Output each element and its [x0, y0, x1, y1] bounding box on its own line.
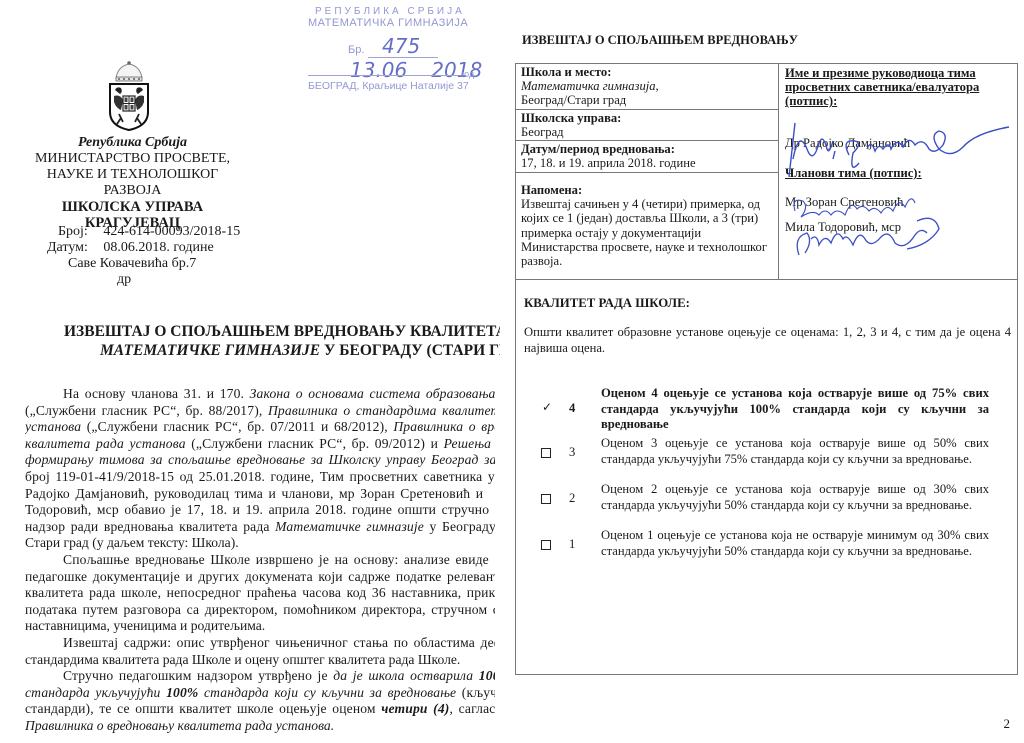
date-label: Датум: [47, 240, 88, 256]
grade-number: 1 [569, 537, 575, 552]
period-value: 17, 18. и 19. априла 2018. године [521, 156, 773, 170]
grade-number: 2 [569, 491, 575, 506]
document-title: ИЗВЕШТАЈ О СПОЉАШЊЕМ ВРЕДНОВАЊУ КВАЛИТЕТ… [64, 322, 500, 360]
body-line: квалитета рада установа („Службени гласн… [25, 436, 495, 453]
stamp-number-label: Бр. [348, 44, 364, 56]
body-line: Спољашње вредновање Школе извршено је на… [25, 552, 495, 569]
body-line: На основу чланова 31. и 170. Закона о ос… [25, 386, 495, 403]
quality-intro: Општи квалитет образовне установе оцењуј… [524, 324, 1011, 356]
member-2-name: Мила Тодоровић, мср [785, 220, 901, 234]
body-line: стандарди), те се општи квалитет школе о… [25, 701, 495, 718]
body-line: наставницима, ученицима и родитељима. [25, 618, 495, 635]
document-title-line-2: МАТЕМАТИЧКЕ ГИМНАЗИЈЕ У БЕОГРАДУ (СТАРИ … [64, 341, 500, 360]
school-name-italic: МАТЕМАТИЧКЕ ГИМНАЗИЈЕ [100, 342, 320, 359]
checkbox-icon[interactable] [541, 448, 551, 458]
school-name: Математичка гимназија, [521, 79, 773, 93]
school-location: У БЕОГРАДУ (СТАРИ ГРАД) [320, 342, 500, 359]
stamp-address: БЕОГРАД, Краљице Наталије 37 [308, 80, 469, 92]
evaluation-info-table: Школа и место: Математичка гимназија, Бе… [515, 63, 1018, 280]
info-left-column: Школа и место: Математичка гимназија, Бе… [516, 64, 779, 279]
ministry-line-2: НАУКЕ И ТЕХНОЛОШКОГ [20, 167, 245, 183]
grade-number: 4 [569, 401, 575, 416]
coat-of-arms-icon [104, 60, 154, 132]
quality-heading: КВАЛИТЕТ РАДА ШКОЛЕ: [524, 296, 690, 311]
registry-stamp: РЕПУБЛИКА СРБИЈА МАТЕМАТИЧКА ГИМНАЗИЈА Б… [300, 2, 480, 97]
body-line: надзор ради вредновања квалитета рада Ма… [25, 519, 495, 536]
school-label: Школа и место: [521, 65, 773, 79]
info-right-column: Име и презиме руководиоца тима просветни… [779, 64, 1019, 279]
stamp-date-day-month: 13.06 [350, 58, 407, 82]
body-line: стандарда укључујући 100% стандарда који… [25, 685, 495, 702]
report-body: На основу чланова 31. и 170. Закона о ос… [25, 386, 495, 734]
body-line: Стари град (у даљем тексту: Школа). [25, 535, 495, 552]
ministry-line-3: РАЗВОЈА [20, 183, 245, 199]
grade-option-4[interactable]: ✓ 4 Оценом 4 оцењује се установа која ос… [516, 384, 1017, 428]
note-line: Извештај сачињен у 4 (четири) примерка, … [521, 197, 773, 211]
body-line: квалитета рада школе, непосредног праћењ… [25, 585, 495, 602]
note-line: којих се 1 (један) доставља Школи, а 3 (… [521, 211, 773, 225]
grade-description: Оценом 4 оцењује се установа која оствар… [601, 386, 989, 433]
stamp-school: МАТЕМАТИЧКА ГИМНАЗИЈА [308, 17, 468, 29]
body-line: података путем разговора са директором, … [25, 602, 495, 619]
stamp-year-suffix: год. [461, 69, 477, 79]
grade-option-3[interactable]: 3 Оценом 3 оцењује се установа која оств… [516, 436, 1017, 480]
school-cell: Школа и место: Математичка гимназија, Бе… [516, 64, 778, 110]
note-line: примерка остају у документацији [521, 226, 773, 240]
reference-number-row: Број: 424-614-00093/2018-15 [58, 224, 240, 240]
note-label: Напомена: [521, 183, 773, 197]
right-page: ИЗВЕШТАЈ О СПОЉАШЊЕМ ВРЕДНОВАЊУ Школа и … [500, 0, 1024, 743]
school-quality-section: КВАЛИТЕТ РАДА ШКОЛЕ: Општи квалитет обра… [515, 280, 1018, 675]
date-row: Датум: 08.06.2018. године [47, 240, 214, 256]
sender-initials: др [117, 272, 131, 288]
note-cell: Напомена: Извештај сачињен у 4 (четири) … [516, 182, 778, 280]
date-value: 08.06.2018. године [103, 240, 213, 256]
note-line: развоја. [521, 254, 773, 268]
body-line: Правилника о вредновању квалитета рада у… [25, 718, 495, 735]
authority-line-1: ШКОЛСКА УПРАВА [20, 199, 245, 215]
school-place: Београд/Стари град [521, 93, 773, 107]
stamp-line [308, 75, 458, 76]
document-title-line-1: ИЗВЕШТАЈ О СПОЉАШЊЕМ ВРЕДНОВАЊУ КВАЛИТЕТ… [64, 322, 500, 341]
period-cell: Датум/период вредновања: 17, 18. и 19. а… [516, 141, 778, 173]
sender-header: Република Србија МИНИСТАРСТВО ПРОСВЕТЕ, … [20, 135, 245, 231]
reference-number-value: 424-614-00093/2018-15 [103, 224, 240, 240]
ministry-line-1: МИНИСТАРСТВО ПРОСВЕТЕ, [20, 151, 245, 167]
grade-description: Оценом 3 оцењује се установа која оствар… [601, 436, 989, 467]
grade-option-2[interactable]: 2 Оценом 2 оцењује се установа која оств… [516, 482, 1017, 526]
body-line: Тодоровић, мср обавио је 17, 18. и 19. а… [25, 502, 495, 519]
body-line: установа („Службени гласник РС“, бр. 07/… [25, 419, 495, 436]
member-1-name: Мр Зоран Сретеновић [785, 195, 903, 209]
leader-label: Име и презиме руководиоца тима просветни… [785, 66, 1015, 109]
checkmark-icon[interactable]: ✓ [541, 401, 553, 413]
republic-name: Република Србија [20, 135, 245, 151]
grade-number: 3 [569, 445, 575, 460]
body-line: формирању тимова за спољашње вредновање … [25, 452, 495, 469]
page-number: 2 [1004, 716, 1011, 732]
stamp-number: 475 [382, 34, 420, 58]
body-line: Радојко Дамјановић, руководилац тима и ч… [25, 486, 495, 503]
body-line: Стручно педагошким надзором утврђено је … [25, 668, 495, 685]
checkbox-icon[interactable] [541, 494, 551, 504]
period-label: Датум/период вредновања: [521, 142, 773, 156]
body-line: стандардима квалитета рада Школе и оцену… [25, 652, 495, 669]
members-label: Чланови тима (потпис): [785, 166, 922, 180]
grade-description: Оценом 2 оцењује се установа која оствар… [601, 482, 989, 513]
stamp-republic: РЕПУБЛИКА СРБИЈА [315, 6, 465, 17]
report-form-title: ИЗВЕШТАЈ О СПОЉАШЊЕМ ВРЕДНОВАЊУ [522, 33, 798, 48]
grade-description: Оценом 1 оцењује се установа која не ост… [601, 528, 989, 559]
body-line: („Службени гласник РС“, бр. 88/2017), Пр… [25, 403, 495, 420]
body-line: број 119-01-41/9/2018-15 од 25.01.2018. … [25, 469, 495, 486]
checkbox-icon[interactable] [541, 540, 551, 550]
left-page: РЕПУБЛИКА СРБИЈА МАТЕМАТИЧКА ГИМНАЗИЈА Б… [0, 0, 500, 743]
grade-option-1[interactable]: 1 Оценом 1 оцењује се установа која не о… [516, 528, 1017, 572]
authority-cell: Школска управа: Београд [516, 110, 778, 141]
leader-name: Др Радојко Дамјановић [785, 136, 910, 150]
reference-number-label: Број: [58, 224, 88, 240]
authority-label: Школска управа: [521, 111, 773, 125]
sender-address: Саве Ковачевића бр.7 [68, 256, 196, 272]
body-line: Извештај садржи: опис утврђеног чињеничн… [25, 635, 495, 652]
authority-value: Београд [521, 125, 773, 139]
note-line: Министарства просвете, науке и технолошк… [521, 240, 773, 254]
body-line: педагошке документације и других докумен… [25, 569, 495, 586]
